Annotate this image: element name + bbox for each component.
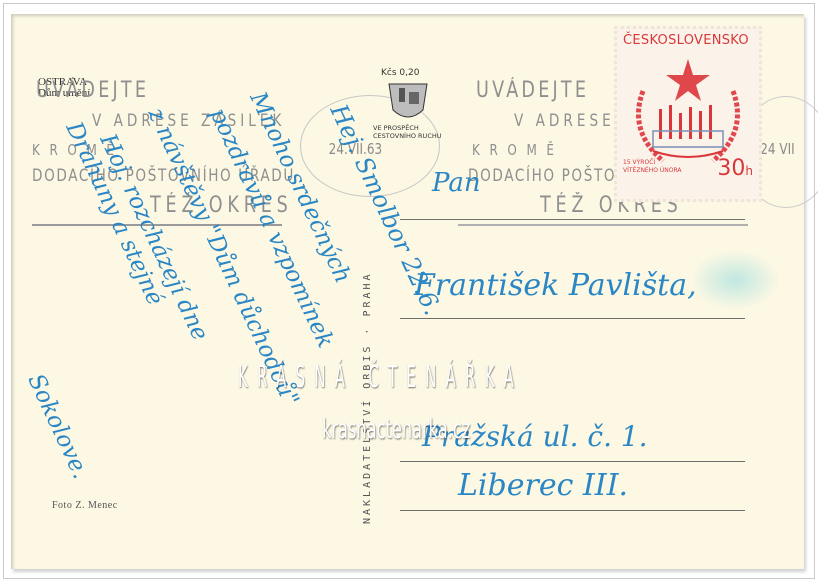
star-factory-wreath-icon xyxy=(623,51,753,171)
charity-stamp-price: Kčs 0,20 xyxy=(381,68,419,78)
ink-blot xyxy=(690,250,780,310)
photo-credit: Foto Z. Menec xyxy=(52,500,118,511)
postage-stamp: ČESKOSLOVENSKO 15 VÝROČÍ VÍTĚZNÉHO ÚNORA… xyxy=(614,26,762,202)
cancel-right-line-1: UVÁDEJTE xyxy=(476,78,589,103)
charity-stamp: Kčs 0,20 VE PROSPĚCH CESTOVNÍHO RUCHU xyxy=(371,68,443,130)
address-line-4 xyxy=(400,510,745,511)
watermark-site: krasnactenarka.cz xyxy=(322,414,470,445)
address-city: Liberec III. xyxy=(458,468,628,503)
postmark-date-right: 24 VII xyxy=(760,140,794,158)
stamp-inscription-2: VÍTĚZNÉHO ÚNORA xyxy=(623,167,682,175)
stamp-inscription: 15 VÝROČÍ VÍTĚZNÉHO ÚNORA xyxy=(623,159,682,175)
cancel-right-rule xyxy=(458,224,748,226)
address-line-2 xyxy=(400,318,745,319)
cancel-right-line-3: KROMĚ xyxy=(472,141,564,159)
stamp-value: 30h xyxy=(717,156,753,181)
stamp-value-unit: h xyxy=(745,164,753,178)
stamp-inscription-1: 15 VÝROČÍ xyxy=(623,159,682,167)
charity-stamp-text: VE PROSPĚCH CESTOVNÍHO RUCHU xyxy=(373,124,443,140)
address-name: František Pavlišta, xyxy=(414,268,697,303)
cancel-line-1: UVÁDEJTE xyxy=(36,78,149,103)
watermark-title: KRÁSNÁ ČTENÁŘKA xyxy=(238,360,523,395)
address-line-1 xyxy=(400,219,745,220)
address-line-3 xyxy=(400,461,745,462)
address-salutation: Pan xyxy=(432,168,481,198)
stamp-country: ČESKOSLOVENSKO xyxy=(623,33,749,48)
building-icon xyxy=(385,82,431,124)
stamp-value-number: 30 xyxy=(717,156,745,181)
